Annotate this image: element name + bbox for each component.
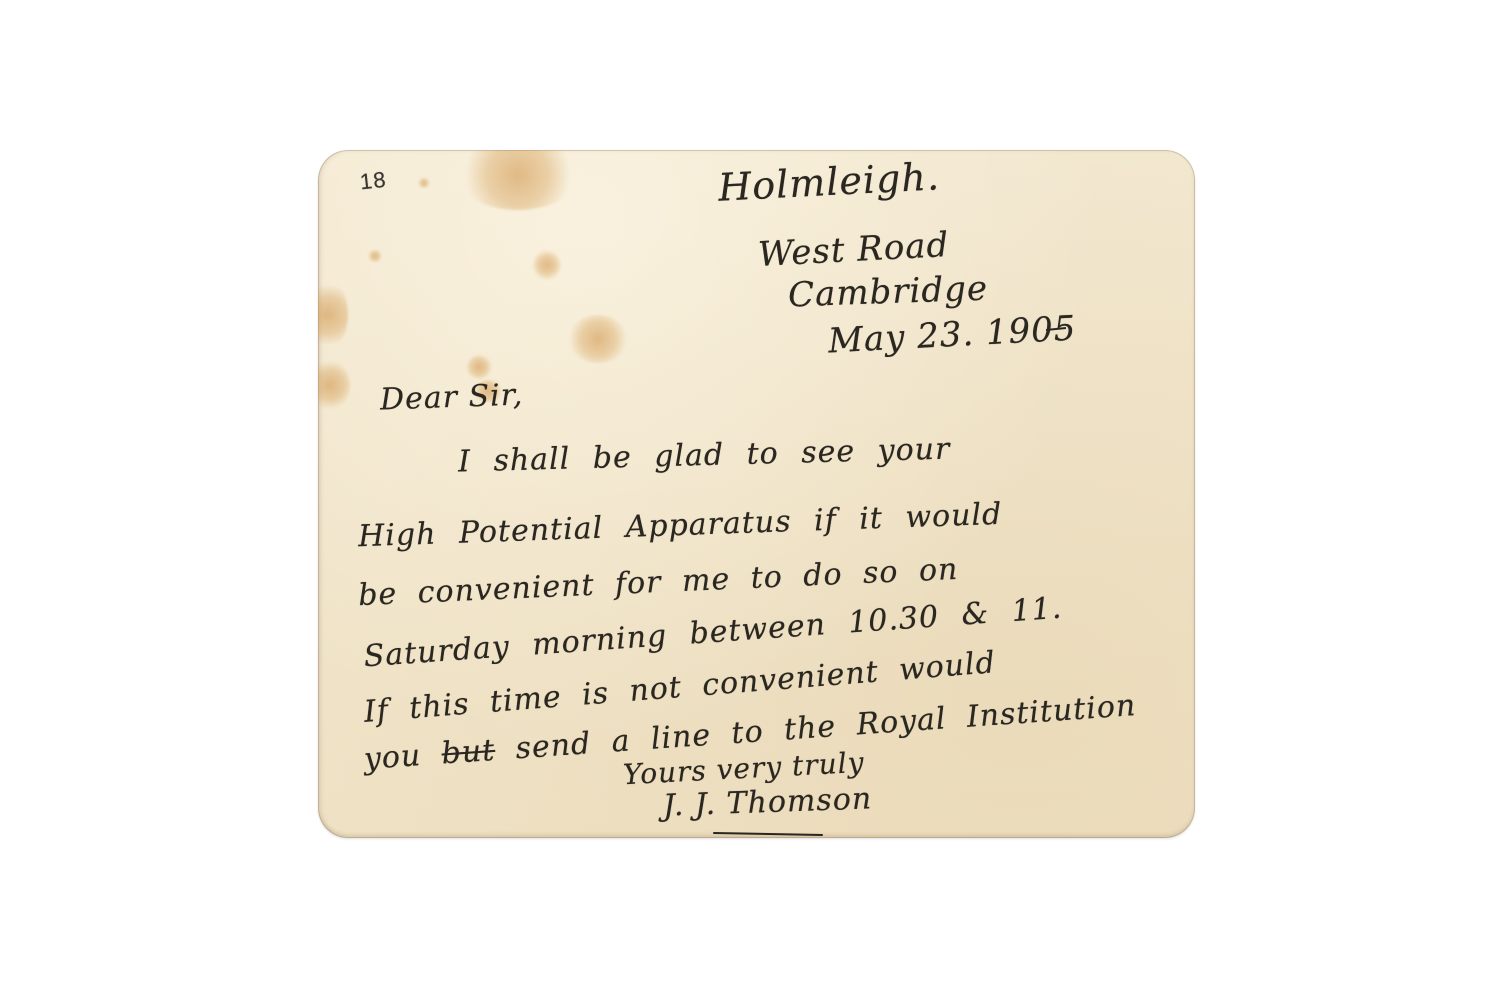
foxing-stain xyxy=(418,178,430,188)
address-street: West Road xyxy=(757,225,950,275)
archive-number: 18 xyxy=(359,167,388,196)
body-line-1: I shall be glad to see your xyxy=(458,432,951,480)
signature-underline xyxy=(713,832,823,836)
body-line-6-start: you xyxy=(363,738,423,777)
letter-date: May 23. 1905 xyxy=(827,309,1077,362)
signature: J. J. Thomson xyxy=(662,781,872,823)
letter-card: 18 Holmleigh. West Road Cambridge May 23… xyxy=(318,150,1195,838)
foxing-stain xyxy=(466,355,492,379)
body-line-2: High Potential Apparatus if it would xyxy=(358,497,1003,554)
salutation: Dear Sir, xyxy=(379,378,523,418)
struck-word: but xyxy=(440,733,496,772)
foxing-stain xyxy=(533,250,561,280)
foxing-stain xyxy=(458,150,578,210)
foxing-stain xyxy=(368,250,382,262)
address-city: Cambridge xyxy=(787,269,988,316)
foxing-stain xyxy=(318,280,348,350)
foxing-stain xyxy=(318,360,350,410)
foxing-stain xyxy=(568,315,628,363)
address-house: Holmleigh. xyxy=(717,154,941,210)
